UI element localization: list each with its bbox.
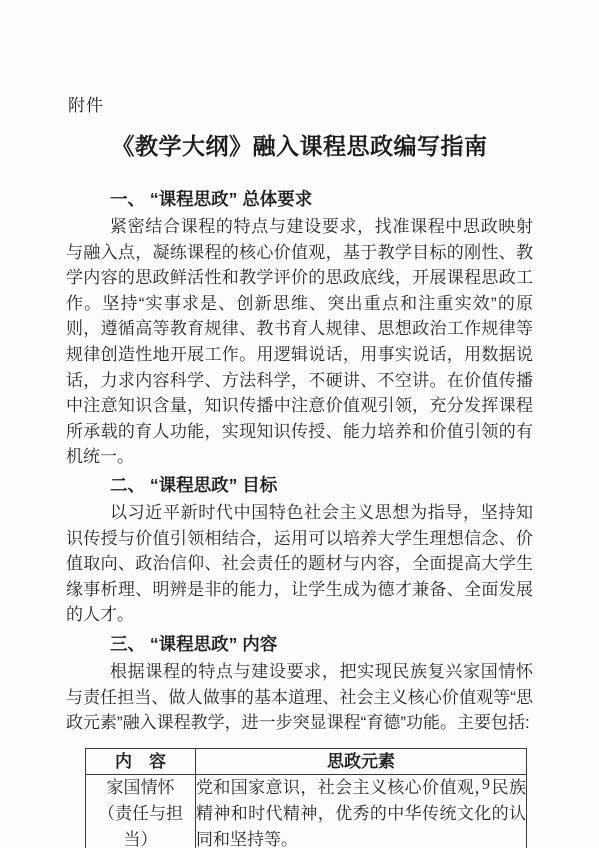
content-table: 内 容 思政元素 家国情怀 （责任与担当） 党和国家意识，社会主义核心价值观，民… [85, 748, 527, 848]
table-row: 家国情怀 （责任与担当） 党和国家意识，社会主义核心价值观，民族精神和时代精神，… [86, 774, 527, 848]
section-3-heading: 三、 “课程思政” 内容 [66, 631, 533, 657]
table-header-row: 内 容 思政元素 [86, 748, 527, 774]
document-page: 附件 《教学大纲》融入课程思政编写指南 一、 “课程思政” 总体要求 紧密结合课… [0, 0, 599, 848]
section-3-body: 根据课程的特点与建设要求，把实现民族复兴家国情怀与责任担当、做人做事的基本道理、… [66, 659, 533, 736]
table-header-content: 内 容 [86, 748, 196, 774]
table-cell-content: 家国情怀 （责任与担当） [86, 774, 196, 848]
section-2-heading: 二、 “课程思政” 目标 [66, 472, 533, 498]
table-cell-elements: 党和国家意识，社会主义核心价值观，民族精神和时代精神，优秀的中华传统文化的认同和… [196, 774, 527, 848]
section-2-body: 以习近平新时代中国特色社会主义思想为指导，坚持知识传授与价值引领相结合，运用可以… [66, 500, 533, 628]
section-1-heading: 一、 “课程思政” 总体要求 [66, 186, 533, 212]
attachment-label: 附件 [68, 94, 533, 118]
page-number: 9 [482, 776, 490, 794]
document-title: 《教学大纲》融入课程思政编写指南 [0, 130, 599, 162]
table-header-elements: 思政元素 [196, 748, 527, 774]
section-1-body: 紧密结合课程的特点与建设要求，找准课程中思政映射与融入点，凝练课程的核心价值观，… [66, 214, 533, 470]
